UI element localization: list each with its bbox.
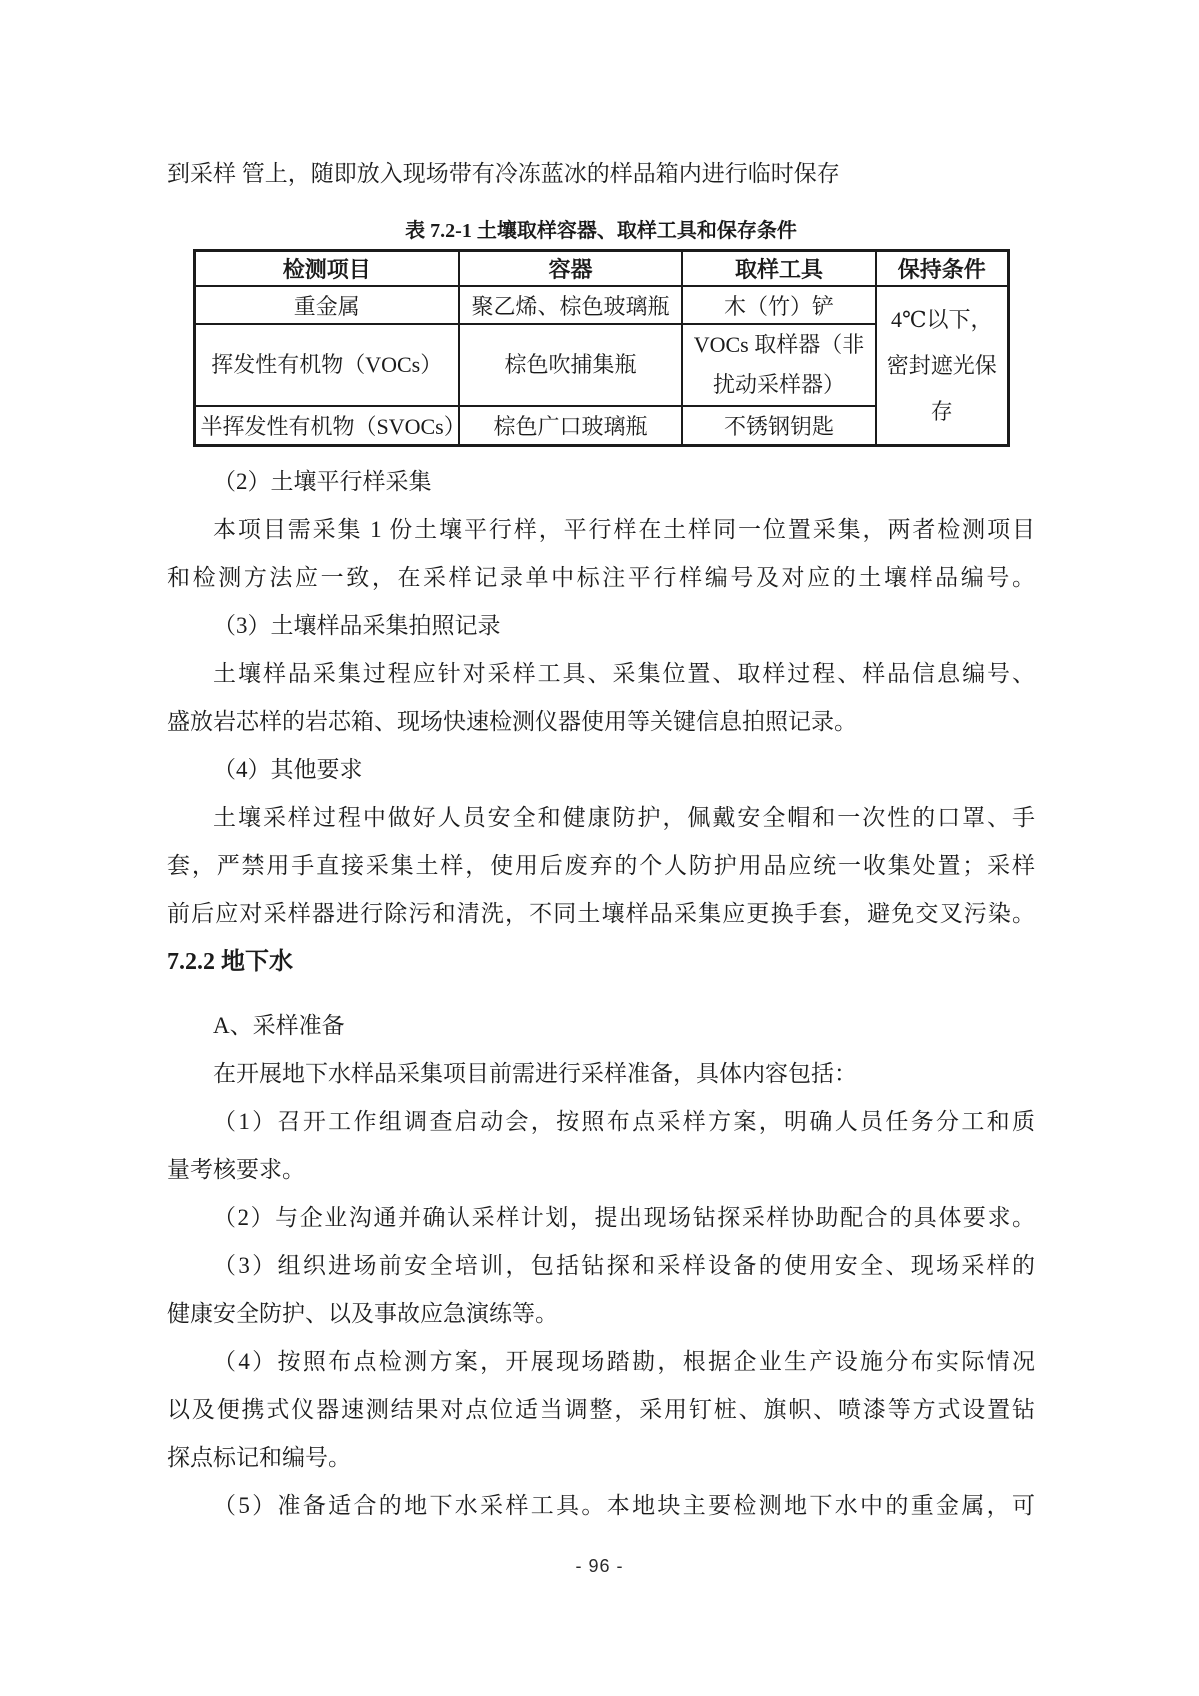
page-number: - 96 - (0, 1556, 1199, 1577)
document-page: 到采样 管上，随即放入现场带有冷冻蓝冰的样品箱内进行临时保存 表 7.2-1 土… (0, 0, 1199, 1696)
table-caption: 表 7.2-1 土壤取样容器、取样工具和保存条件 (167, 213, 1035, 249)
body-line: 前后应对采样器进行除污和清洗，不同土壤样品采集应更换手套，避免交叉污染。 (167, 890, 1035, 938)
header-cell-tool: 取样工具 (682, 251, 876, 287)
body-line: 到采样 管上，随即放入现场带有冷冻蓝冰的样品箱内进行临时保存 (167, 150, 1035, 198)
body-line: 探点标记和编号。 (167, 1434, 1035, 1482)
body-line: 套，严禁用手直接采集土样，使用后废弃的个人防护用品应统一收集处置；采样 (167, 842, 1035, 890)
body-line: 健康安全防护、以及事故应急演练等。 (167, 1290, 1035, 1338)
header-cell-condition: 保持条件 (876, 251, 1008, 287)
body-line: （1）召开工作组调查启动会，按照布点采样方案，明确人员任务分工和质 (167, 1098, 1035, 1146)
table-header-row: 检测项目 容器 取样工具 保持条件 (194, 251, 1008, 287)
body-text-section: （2）土壤平行样采集 本项目需采集 1 份土壤平行样，平行样在土样同一位置采集，… (167, 458, 1035, 938)
cell-container: 棕色吹捕集瓶 (459, 324, 682, 406)
body-line: （3）组织进场前安全培训，包括钻探和采样设备的使用安全、现场采样的 (167, 1242, 1035, 1290)
body-line: 土壤采样过程中做好人员安全和健康防护，佩戴安全帽和一次性的口罩、手 (167, 794, 1035, 842)
body-line: （4）其他要求 (167, 746, 1035, 794)
soil-sampling-table: 检测项目 容器 取样工具 保持条件 重金属 聚乙烯、棕色玻璃瓶 木（竹）铲 4℃… (193, 249, 1010, 447)
cell-item: 半挥发性有机物（SVOCs） (194, 406, 459, 446)
body-line: （5）准备适合的地下水采样工具。本地块主要检测地下水中的重金属，可 (167, 1482, 1035, 1530)
header-cell-item: 检测项目 (194, 251, 459, 287)
cell-container: 棕色广口玻璃瓶 (459, 406, 682, 446)
cell-item: 重金属 (194, 286, 459, 324)
cell-container: 聚乙烯、棕色玻璃瓶 (459, 286, 682, 324)
header-cell-container: 容器 (459, 251, 682, 287)
cell-tool: 木（竹）铲 (682, 286, 876, 324)
body-line: 在开展地下水样品采集项目前需进行采样准备，具体内容包括： (167, 1050, 1035, 1098)
table-row: 重金属 聚乙烯、棕色玻璃瓶 木（竹）铲 4℃以下，密封遮光保存 (194, 286, 1008, 324)
body-line: 盛放岩芯样的岩芯箱、现场快速检测仪器使用等关键信息拍照记录。 (167, 698, 1035, 746)
body-line: 本项目需采集 1 份土壤平行样，平行样在土样同一位置采集，两者检测项目 (167, 506, 1035, 554)
cell-tool: 不锈钢钥匙 (682, 406, 876, 446)
body-text-section: A、采样准备 在开展地下水样品采集项目前需进行采样准备，具体内容包括： （1）召… (167, 1002, 1035, 1530)
body-line: 和检测方法应一致，在采样记录单中标注平行样编号及对应的土壤样品编号。 (167, 554, 1035, 602)
body-line: （2）与企业沟通并确认采样计划，提出现场钻探采样协助配合的具体要求。 (167, 1194, 1035, 1242)
body-line: 土壤样品采集过程应针对采样工具、采集位置、取样过程、样品信息编号、 (167, 650, 1035, 698)
body-line: A、采样准备 (167, 1002, 1035, 1050)
cell-preserve-condition: 4℃以下，密封遮光保存 (876, 286, 1008, 446)
body-line: （4）按照布点检测方案，开展现场踏勘，根据企业生产设施分布实际情况 (167, 1338, 1035, 1386)
body-line: 量考核要求。 (167, 1146, 1035, 1194)
body-line: （2）土壤平行样采集 (167, 458, 1035, 506)
cell-item: 挥发性有机物（VOCs） (194, 324, 459, 406)
body-line: （3）土壤样品采集拍照记录 (167, 602, 1035, 650)
body-line: 以及便携式仪器速测结果对点位适当调整，采用钉桩、旗帜、喷漆等方式设置钻 (167, 1386, 1035, 1434)
section-heading-7-2-2: 7.2.2 地下水 (167, 938, 1035, 986)
cell-tool: VOCs 取样器（非扰动采样器） (682, 324, 876, 406)
